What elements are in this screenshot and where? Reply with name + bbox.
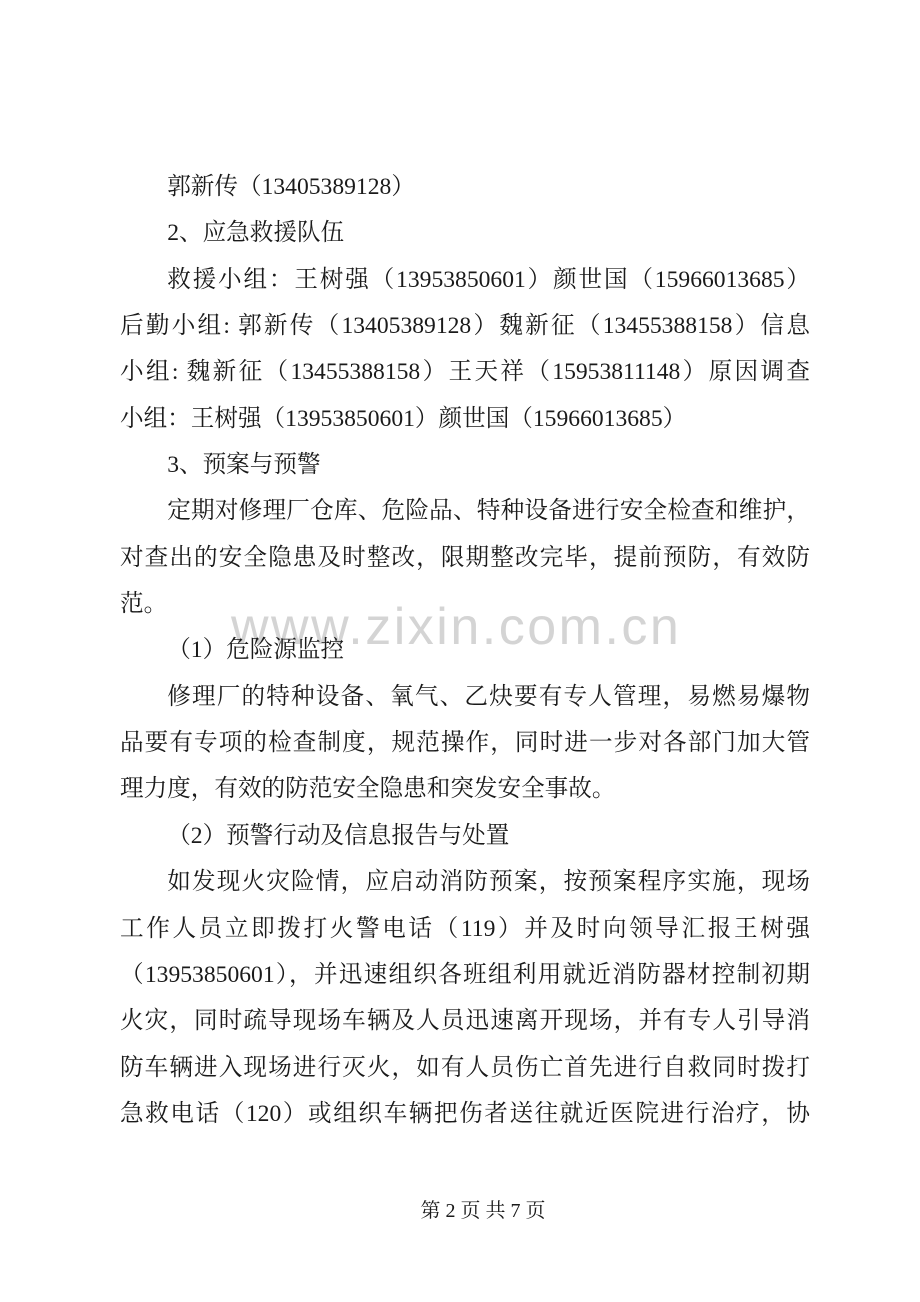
text-line: 后勤小组: 郭新传（13405389128）魏新征（13455388158）信息 (120, 303, 810, 349)
text-line: 救援小组：王树强（13953850601）颜世国（15966013685） (120, 257, 810, 303)
text-line: 如发现火灾险情，应启动消防预案，按预案程序实施，现场 (120, 859, 810, 905)
page-number-label: 第 2 页 共 7 页 (421, 1200, 546, 1222)
text-line: 理力度，有效的防范安全隐患和突发安全事故。 (120, 766, 810, 812)
text-line: （1）危险源监控 (120, 627, 810, 673)
text-line: 急救电话（120）或组织车辆把伤者送往就近医院进行治疗，协 (120, 1091, 810, 1137)
text-line: 小组：王树强（13953850601）颜世国（15966013685） (120, 396, 810, 442)
text-line: 工作人员立即拨打火警电话（119）并及时向领导汇报王树强 (120, 906, 810, 952)
text-line: 对查出的安全隐患及时整改，限期整改完毕，提前预防，有效防 (120, 535, 810, 581)
text-line: 范。 (120, 581, 810, 627)
text-line: 郭新传（13405389128） (120, 164, 810, 210)
text-line: 2、应急救援队伍 (120, 210, 810, 256)
text-line: 防车辆进入现场进行灭火，如有人员伤亡首先进行自救同时拨打 (120, 1045, 810, 1091)
text-line: （2）预警行动及信息报告与处置 (120, 813, 810, 859)
text-line: 3、预案与预警 (120, 442, 810, 488)
document-body: 郭新传（13405389128）2、应急救援队伍救援小组：王树强（1395385… (120, 164, 810, 1137)
text-line: 品要有专项的检查制度，规范操作，同时进一步对各部门加大管 (120, 720, 810, 766)
text-line: （13953850601），并迅速组织各班组利用就近消防器材控制初期 (120, 952, 810, 998)
text-line: 定期对修理厂仓库、危险品、特种设备进行安全检查和维护， (120, 488, 810, 534)
text-line: 小组: 魏新征（13455388158）王天祥（15953811148）原因调查 (120, 349, 810, 395)
page-footer: 第 2 页 共 7 页 (23, 1199, 920, 1223)
text-line: 修理厂的特种设备、氧气、乙炔要有专人管理，易燃易爆物 (120, 674, 810, 720)
text-line: 火灾，同时疏导现场车辆及人员迅速离开现场，并有专人引导消 (120, 998, 810, 1044)
document-page: www.zixin.com.cn 郭新传（13405389128）2、应急救援队… (0, 0, 920, 1302)
